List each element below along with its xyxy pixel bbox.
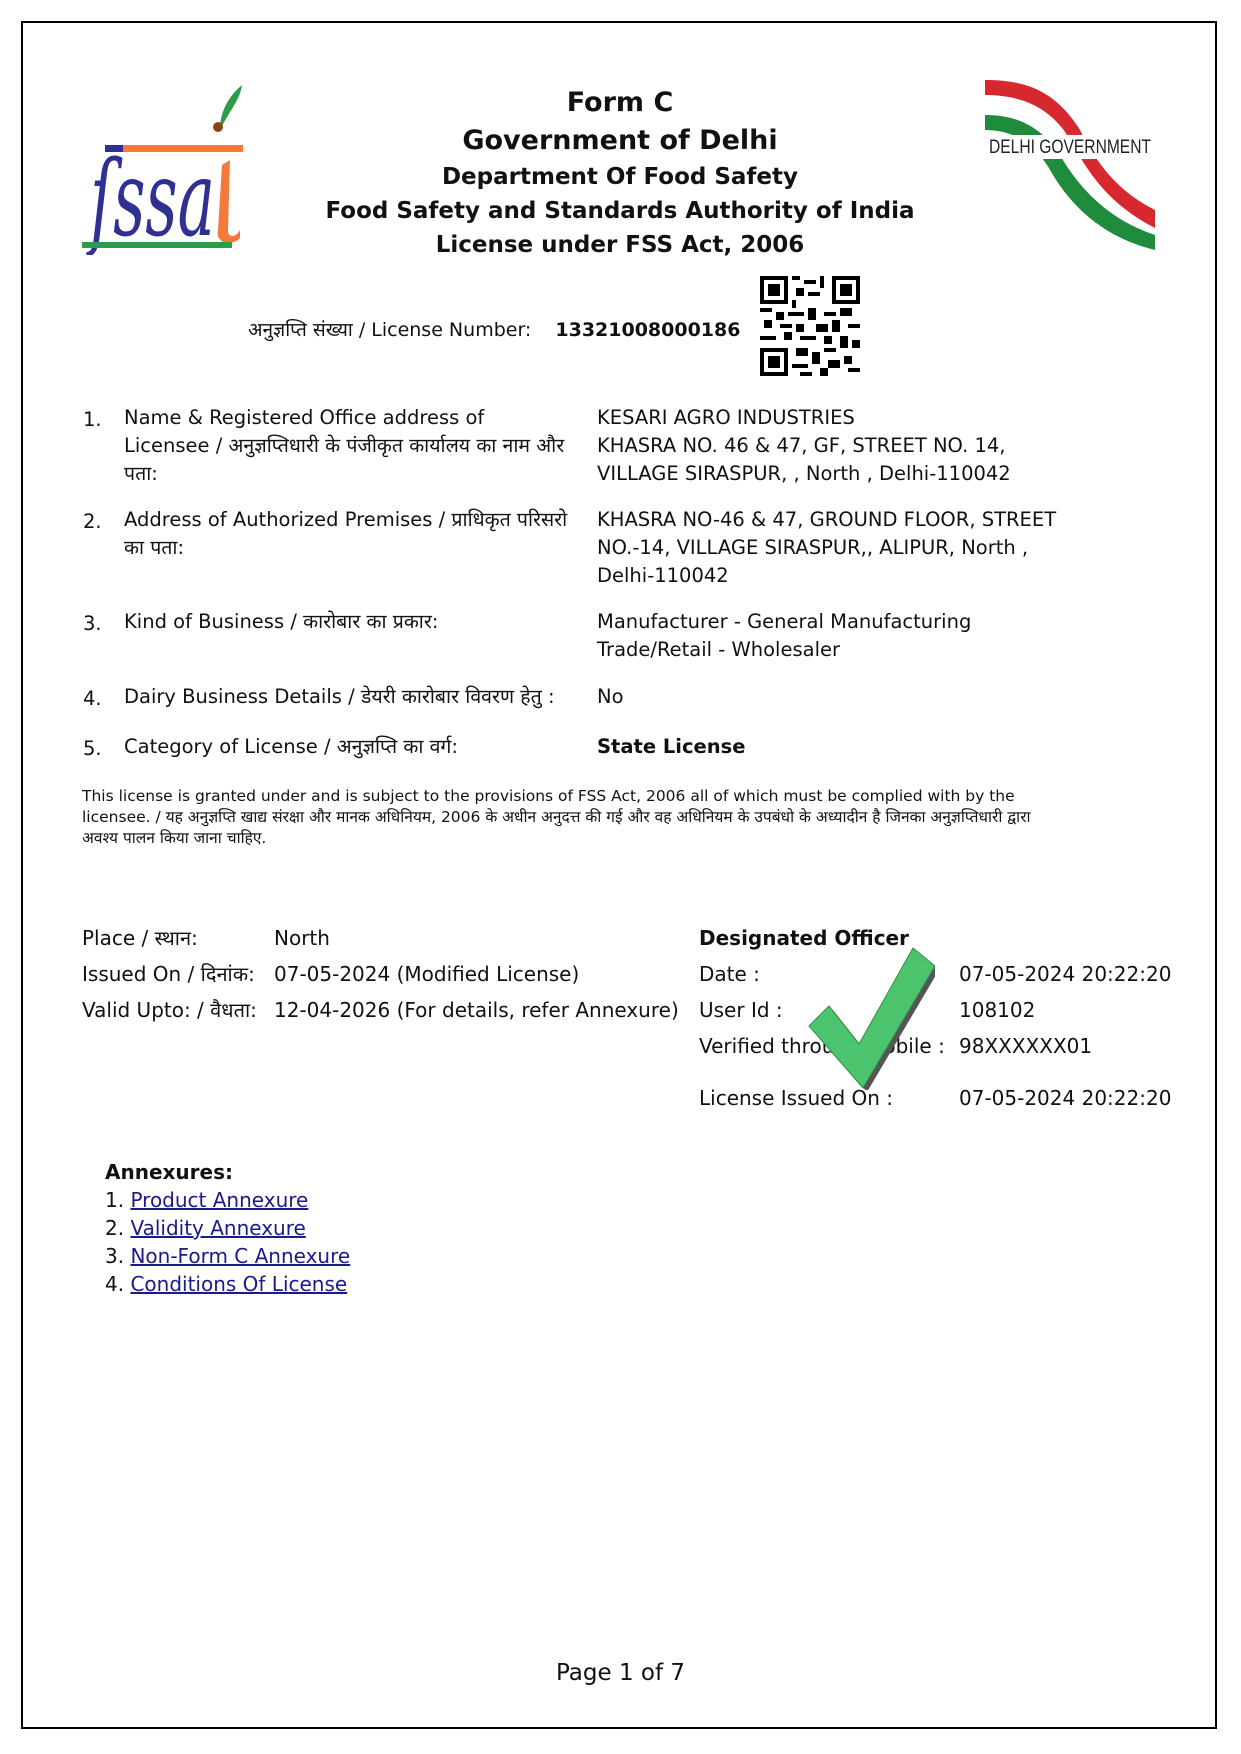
item-value: KHASRA NO-46 & 47, GROUND FLOOR, STREET … <box>597 506 1067 590</box>
page-number: Page 1 of 7 <box>0 1660 1241 1686</box>
issued-on-value: 07-05-2024 (Modified License) <box>274 956 579 992</box>
annexures-title: Annexures: <box>105 1158 350 1186</box>
annexure-item: 4. Conditions Of License <box>105 1270 350 1298</box>
place-row: Place / स्थान: North <box>82 920 679 956</box>
item-value: No <box>597 683 1067 711</box>
authority-title: Food Safety and Standards Authority of I… <box>300 194 940 228</box>
license-number-row: अनुज्ञप्ति संख्या / License Number: 1332… <box>248 316 740 342</box>
issue-details: Place / स्थान: North Issued On / दिनांक:… <box>82 920 679 1028</box>
item-label: Dairy Business Details / डेयरी कारोबार व… <box>124 683 574 711</box>
license-number-label: अनुज्ञप्ति संख्या / License Number: <box>248 319 531 341</box>
item-value: KESARI AGRO INDUSTRIES KHASRA NO. 46 & 4… <box>597 404 1067 488</box>
item-label: Category of License / अनुज्ञप्ति का वर्ग… <box>124 733 574 761</box>
officer-user-id-row: User Id : 108102 <box>699 992 1179 1028</box>
license-disclaimer: This license is granted under and is sub… <box>82 786 1042 849</box>
department-title: Department Of Food Safety <box>300 160 940 194</box>
place-value: North <box>274 920 330 956</box>
government-title: Government of Delhi <box>300 122 940 160</box>
item-label: Kind of Business / कारोबार का प्रकार: <box>124 608 574 636</box>
product-annexure-link[interactable]: Product Annexure <box>130 1188 308 1212</box>
officer-mobile-row: Verified through Mobile : 98XXXXXX01 <box>699 1028 1179 1064</box>
valid-upto-value: 12-04-2026 (For details, refer Annexure) <box>274 992 679 1028</box>
annexure-item: 1. Product Annexure <box>105 1186 350 1214</box>
page-border <box>21 21 1217 1729</box>
annexure-item: 3. Non-Form C Annexure <box>105 1242 350 1270</box>
conditions-of-license-link[interactable]: Conditions Of License <box>130 1272 347 1296</box>
verified-check-icon <box>795 940 935 1090</box>
valid-upto-row: Valid Upto: / वैधता: 12-04-2026 (For det… <box>82 992 679 1028</box>
header-title-block: Form C Government of Delhi Department Of… <box>300 84 940 262</box>
act-title: License under FSS Act, 2006 <box>300 228 940 262</box>
annexures-list: Annexures: 1. Product Annexure 2. Validi… <box>105 1158 350 1298</box>
svg-text:DELHI GOVERNMENT: DELHI GOVERNMENT <box>989 137 1151 158</box>
item-value: Manufacturer - General Manufacturing Tra… <box>597 608 1067 664</box>
license-issued-on-row: License Issued On : 07-05-2024 20:22:20 <box>699 1080 1179 1116</box>
qr-code[interactable] <box>760 276 860 376</box>
validity-annexure-link[interactable]: Validity Annexure <box>130 1216 305 1240</box>
annexure-item: 2. Validity Annexure <box>105 1214 350 1242</box>
designated-officer-block: Designated Officer Date : 07-05-2024 20:… <box>699 920 1179 1116</box>
license-number-value: 13321008000186 <box>555 319 740 341</box>
officer-date-row: Date : 07-05-2024 20:22:20 <box>699 956 1179 992</box>
fssai-logo: ſssa <box>80 80 255 255</box>
issued-on-row: Issued On / दिनांक: 07-05-2024 (Modified… <box>82 956 679 992</box>
item-value: State License <box>597 733 1067 761</box>
item-label: Address of Authorized Premises / प्राधिक… <box>124 506 574 562</box>
item-label: Name & Registered Office address of Lice… <box>124 404 574 488</box>
designated-officer-title: Designated Officer <box>699 920 1179 956</box>
form-title: Form C <box>300 84 940 122</box>
delhi-government-logo: DELHI GOVERNMENT <box>985 80 1155 250</box>
non-form-c-annexure-link[interactable]: Non-Form C Annexure <box>130 1244 350 1268</box>
svg-text:ſssa: ſssa <box>86 138 215 255</box>
